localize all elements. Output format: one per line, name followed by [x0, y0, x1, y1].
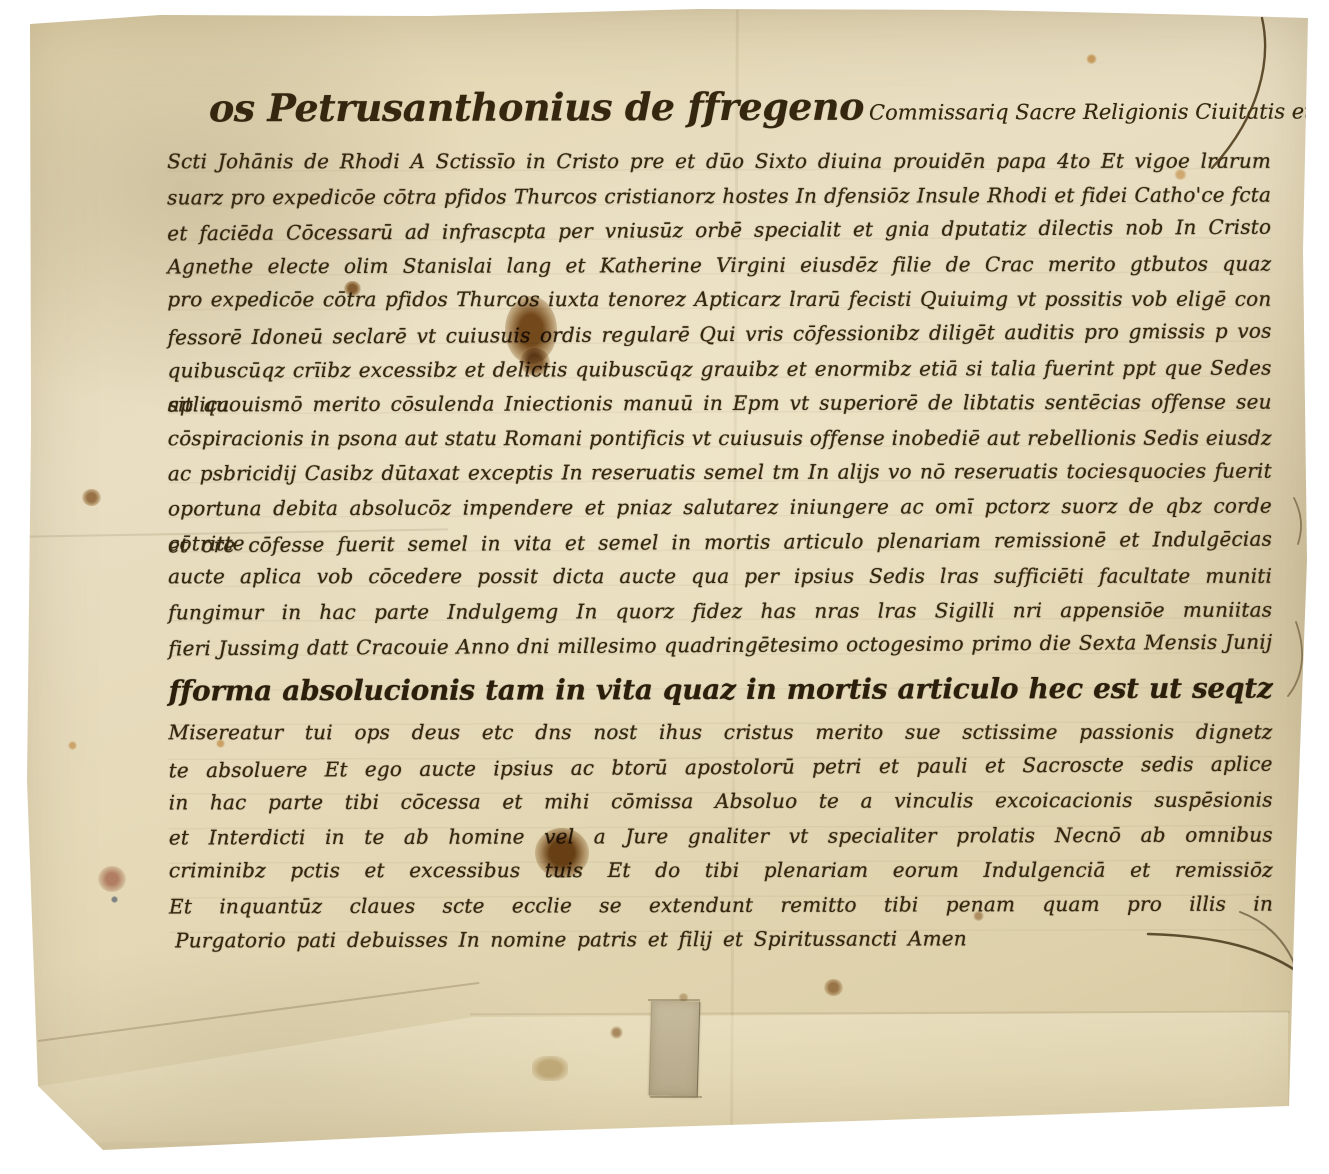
small-speck: [1086, 54, 1097, 64]
manuscript-line: criminibz pctis et excessibus tuis Et do…: [169, 853, 1273, 888]
absolution-form-heading: fforma absolucionis tam in vita quaz in …: [168, 665, 1272, 714]
manuscript-line: Et inquantūz claues scte ecclie se exten…: [169, 886, 1273, 923]
manuscript-line: pro expedicōe cōtra pfidos Thurcos iuxta…: [167, 282, 1271, 317]
parchment-sheet: os Petrusanthonius de ffregeno Commissar…: [0, 0, 1329, 1174]
manuscript-line: oportuna debita absolucōz impendere et p…: [168, 488, 1272, 525]
manuscript-line: et faciēda Cōcessarū ad infrascpta per v…: [167, 210, 1271, 251]
small-speck: [68, 741, 77, 750]
manuscript-line: quibuscūqz crīibz excessibz et delictis …: [168, 350, 1272, 387]
manuscript-line: Agnethe electe olim Stanislai lang et Ka…: [167, 246, 1271, 283]
plica-fold-crease: [38, 982, 479, 1042]
manuscript-line: fieri Jussimg datt Cracouie Anno dni mil…: [168, 625, 1272, 666]
manuscript-line: Misereatur tui ops deus etc dns nost ihu…: [169, 715, 1273, 750]
manuscript-line: et Interdicti in te ab homine vel a Jure…: [169, 817, 1273, 854]
small-stain: [610, 1026, 623, 1039]
manuscript-lines: Scti Johānis de Rhodi A Sctissīo in Cris…: [167, 143, 1273, 959]
manuscript-line: in hac parte tibi cōcessa et mihi cōmiss…: [169, 783, 1273, 820]
scan-background: { "colors":{ "background":"#ffffff", "pa…: [0, 0, 1329, 1174]
opening-large-script: os Petrusanthonius de ffregeno: [209, 84, 864, 131]
small-stain: [98, 866, 126, 892]
smudge: [532, 1056, 568, 1081]
small-stain: [82, 489, 101, 506]
opening-small-script: Commissariq Sacre Religionis Ciuitatis e…: [869, 99, 1329, 124]
manuscript-line: ac psbricidij Casibz dūtaxat exceptis In…: [168, 454, 1272, 491]
small-stain: [824, 979, 843, 996]
manuscript-text: os Petrusanthonius de ffregeno Commissar…: [167, 83, 1273, 959]
manuscript-line: aucte aplica vob cōcedere possit dicta a…: [168, 559, 1272, 594]
manuscript-line: Purgatorio pati debuisses In nomine patr…: [169, 921, 1273, 958]
right-edge-flourish-2: [1288, 622, 1302, 696]
manuscript-line: suarz pro expedicōe cōtra pfidos Thurcos…: [167, 177, 1271, 214]
seal-tag: [649, 1000, 701, 1096]
right-edge-flourish: [1294, 498, 1301, 544]
small-speck: [111, 896, 118, 903]
manuscript-line: Scti Johānis de Rhodi A Sctissīo in Cris…: [167, 144, 1271, 179]
manuscript-line: cōspiracionis in psona aut statu Romani …: [168, 420, 1272, 455]
manuscript-line: fungimur in hac parte Indulgemg In quorz…: [168, 592, 1272, 629]
opening-line: os Petrusanthonius de ffregeno Commissar…: [167, 83, 1271, 146]
manuscript-line: te absoluere Et ego aucte ipsius ac btor…: [169, 746, 1273, 787]
manuscript-line: et ore cōfesse fuerit semel in vita et s…: [168, 521, 1272, 562]
plica-fold-crease-right: [470, 1011, 1290, 1016]
manuscript-line: fessorē Idoneū seclarē vt cuiusuis ordis…: [167, 314, 1271, 355]
manuscript-line: sit quouismō merito cōsulenda Iniectioni…: [168, 385, 1272, 422]
